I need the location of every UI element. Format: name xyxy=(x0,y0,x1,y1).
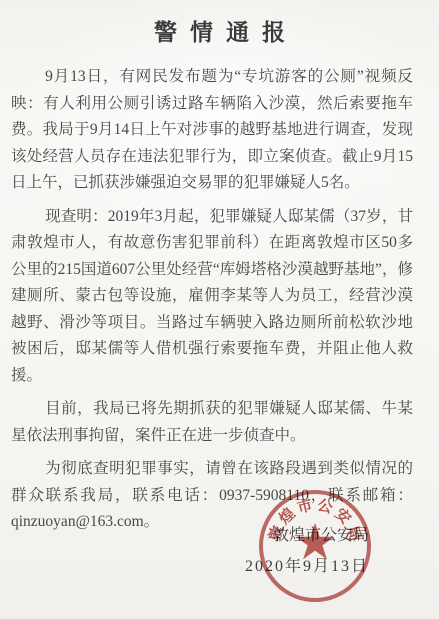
signature-block: 敦煌市公安局 2020年9月13日 xyxy=(245,523,369,580)
issue-date: 2020年9月13日 xyxy=(245,554,369,580)
paragraph-investigation-findings: 现查明：2019年3月起，犯罪嫌疑人邸某儒（37岁，甘肃敦煌市人，有故意伤害犯罪… xyxy=(11,204,413,390)
document-body: 9月13日，有网民发布题为“专坑游客的公厕”视频反映：有人利用公厕引诱过路车辆陷… xyxy=(11,64,413,543)
paragraph-incident-report: 9月13日，有网民发布题为“专坑游客的公厕”视频反映：有人利用公厕引诱过路车辆陷… xyxy=(11,64,413,197)
document-title: 警情通报 xyxy=(0,0,439,47)
police-notice-document: 警情通报 9月13日，有网民发布题为“专坑游客的公厕”视频反映：有人利用公厕引诱… xyxy=(0,0,439,619)
issuing-agency: 敦煌市公安局 xyxy=(245,523,369,549)
paragraph-detention-status: 目前，我局已将先期抓获的犯罪嫌疑人邸某儒、牛某星依法刑事拘留，案件正在进一步侦查… xyxy=(11,396,413,449)
